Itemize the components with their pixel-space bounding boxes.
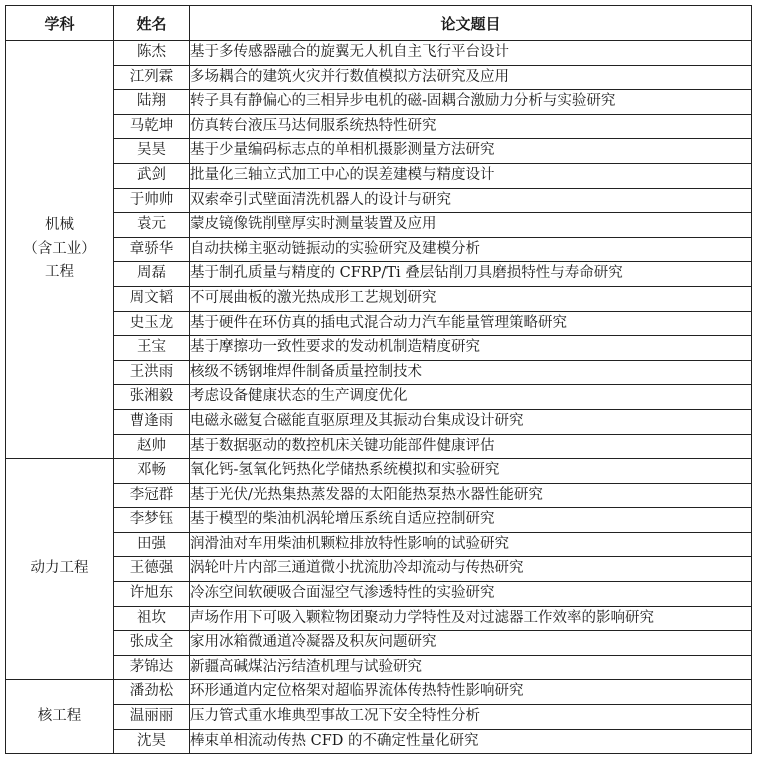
student-name: 陈杰: [114, 41, 190, 66]
student-name: 王德强: [114, 557, 190, 582]
student-name: 章骄华: [114, 237, 190, 262]
thesis-title: 棒束单相流动传热 CFD 的不确定性量化研究: [190, 729, 752, 754]
table-row: 沈昊棒束单相流动传热 CFD 的不确定性量化研究: [6, 729, 752, 754]
thesis-title: 转子具有静偏心的三相异步电机的磁-固耦合激励力分析与实验研究: [190, 90, 752, 115]
student-name: 陆翔: [114, 90, 190, 115]
thesis-title: 家用冰箱微通道冷凝器及积灰问题研究: [190, 631, 752, 656]
table-row: 于帅帅双索牵引式壁面清洗机器人的设计与研究: [6, 188, 752, 213]
student-name: 田强: [114, 532, 190, 557]
thesis-title: 基于多传感器融合的旋翼无人机自主飞行平台设计: [190, 41, 752, 66]
thesis-title: 仿真转台液压马达伺服系统热特性研究: [190, 114, 752, 139]
header-subject: 学科: [6, 6, 114, 41]
student-name: 祖坎: [114, 606, 190, 631]
student-name: 江列霖: [114, 65, 190, 90]
student-name: 邓畅: [114, 459, 190, 484]
subject-cell: 动力工程: [6, 459, 114, 680]
student-name: 张成全: [114, 631, 190, 656]
header-row: 学科 姓名 论文题目: [6, 6, 752, 41]
thesis-title: 电磁永磁复合磁能直驱原理及其振动台集成设计研究: [190, 409, 752, 434]
student-name: 王洪雨: [114, 360, 190, 385]
student-name: 史玉龙: [114, 311, 190, 336]
table-row: 王洪雨核级不锈钢堆焊件制备质量控制技术: [6, 360, 752, 385]
thesis-title: 润滑油对车用柴油机颗粒排放特性影响的试验研究: [190, 532, 752, 557]
student-name: 张湘毅: [114, 385, 190, 410]
thesis-title: 环形通道内定位格架对超临界流体传热特性影响研究: [190, 680, 752, 705]
table-row: 许旭东冷冻空间软硬吸合面湿空气渗透特性的实验研究: [6, 582, 752, 607]
student-name: 武剑: [114, 163, 190, 188]
thesis-table: 学科 姓名 论文题目 机械（含工业）工程陈杰基于多传感器融合的旋翼无人机自主飞行…: [5, 5, 752, 754]
table-row: 温丽丽压力管式重水堆典型事故工况下安全特性分析: [6, 705, 752, 730]
table-row: 机械（含工业）工程陈杰基于多传感器融合的旋翼无人机自主飞行平台设计: [6, 41, 752, 66]
student-name: 袁元: [114, 213, 190, 238]
thesis-title: 基于数据驱动的数控机床关键功能部件健康评估: [190, 434, 752, 459]
thesis-title: 双索牵引式壁面清洗机器人的设计与研究: [190, 188, 752, 213]
table-row: 茅锦达新疆高碱煤沾污结渣机理与试验研究: [6, 655, 752, 680]
student-name: 吴昊: [114, 139, 190, 164]
student-name: 于帅帅: [114, 188, 190, 213]
student-name: 李冠群: [114, 483, 190, 508]
table-row: 周文韬不可展曲板的激光热成形工艺规划研究: [6, 286, 752, 311]
subject-label: 工程: [6, 261, 113, 285]
thesis-title: 冷冻空间软硬吸合面湿空气渗透特性的实验研究: [190, 582, 752, 607]
subject-label: （含工业）: [6, 238, 113, 262]
thesis-title: 基于光伏/光热集热蒸发器的太阳能热泵热水器性能研究: [190, 483, 752, 508]
thesis-title: 基于模型的柴油机涡轮增压系统自适应控制研究: [190, 508, 752, 533]
table-row: 马乾坤仿真转台液压马达伺服系统热特性研究: [6, 114, 752, 139]
thesis-title: 核级不锈钢堆焊件制备质量控制技术: [190, 360, 752, 385]
table-row: 陆翔转子具有静偏心的三相异步电机的磁-固耦合激励力分析与实验研究: [6, 90, 752, 115]
table-row: 赵帅基于数据驱动的数控机床关键功能部件健康评估: [6, 434, 752, 459]
table-row: 王宝基于摩擦功一致性要求的发动机制造精度研究: [6, 336, 752, 361]
table-row: 袁元蒙皮镜像铣削壁厚实时测量装置及应用: [6, 213, 752, 238]
thesis-title: 批量化三轴立式加工中心的误差建模与精度设计: [190, 163, 752, 188]
student-name: 沈昊: [114, 729, 190, 754]
thesis-title: 蒙皮镜像铣削壁厚实时测量装置及应用: [190, 213, 752, 238]
table-row: 吴昊基于少量编码标志点的单相机摄影测量方法研究: [6, 139, 752, 164]
table-row: 史玉龙基于硬件在环仿真的插电式混合动力汽车能量管理策略研究: [6, 311, 752, 336]
student-name: 周磊: [114, 262, 190, 287]
header-name: 姓名: [114, 6, 190, 41]
table-row: 王德强涡轮叶片内部三通道微小扰流肋冷却流动与传热研究: [6, 557, 752, 582]
student-name: 周文韬: [114, 286, 190, 311]
student-name: 赵帅: [114, 434, 190, 459]
table-row: 武剑批量化三轴立式加工中心的误差建模与精度设计: [6, 163, 752, 188]
thesis-title: 压力管式重水堆典型事故工况下安全特性分析: [190, 705, 752, 730]
student-name: 温丽丽: [114, 705, 190, 730]
thesis-title: 氧化钙-氢氧化钙热化学储热系统模拟和实验研究: [190, 459, 752, 484]
thesis-title: 多场耦合的建筑火灾并行数值模拟方法研究及应用: [190, 65, 752, 90]
subject-label: 机械: [6, 214, 113, 238]
student-name: 马乾坤: [114, 114, 190, 139]
table-row: 张成全家用冰箱微通道冷凝器及积灰问题研究: [6, 631, 752, 656]
table-row: 田强润滑油对车用柴油机颗粒排放特性影响的试验研究: [6, 532, 752, 557]
thesis-title: 考虑设备健康状态的生产调度优化: [190, 385, 752, 410]
thesis-title: 不可展曲板的激光热成形工艺规划研究: [190, 286, 752, 311]
thesis-title: 基于摩擦功一致性要求的发动机制造精度研究: [190, 336, 752, 361]
table-row: 江列霖多场耦合的建筑火灾并行数值模拟方法研究及应用: [6, 65, 752, 90]
table-row: 张湘毅考虑设备健康状态的生产调度优化: [6, 385, 752, 410]
thesis-title: 自动扶梯主驱动链振动的实验研究及建模分析: [190, 237, 752, 262]
student-name: 潘劲松: [114, 680, 190, 705]
student-name: 许旭东: [114, 582, 190, 607]
subject-cell: 核工程: [6, 680, 114, 754]
student-name: 茅锦达: [114, 655, 190, 680]
thesis-title: 新疆高碱煤沾污结渣机理与试验研究: [190, 655, 752, 680]
thesis-title: 声场作用下可吸入颗粒物团聚动力学特性及对过滤器工作效率的影响研究: [190, 606, 752, 631]
thesis-title: 基于硬件在环仿真的插电式混合动力汽车能量管理策略研究: [190, 311, 752, 336]
table-row: 祖坎声场作用下可吸入颗粒物团聚动力学特性及对过滤器工作效率的影响研究: [6, 606, 752, 631]
thesis-title: 基于制孔质量与精度的 CFRP/Ti 叠层钻削刀具磨损特性与寿命研究: [190, 262, 752, 287]
table-body: 机械（含工业）工程陈杰基于多传感器融合的旋翼无人机自主飞行平台设计江列霖多场耦合…: [6, 41, 752, 754]
table-row: 动力工程邓畅氧化钙-氢氧化钙热化学储热系统模拟和实验研究: [6, 459, 752, 484]
subject-label: 核工程: [6, 705, 113, 729]
table-row: 周磊基于制孔质量与精度的 CFRP/Ti 叠层钻削刀具磨损特性与寿命研究: [6, 262, 752, 287]
header-thesis-title: 论文题目: [190, 6, 752, 41]
subject-cell: 机械（含工业）工程: [6, 41, 114, 459]
subject-label: 动力工程: [6, 557, 113, 581]
thesis-title: 涡轮叶片内部三通道微小扰流肋冷却流动与传热研究: [190, 557, 752, 582]
student-name: 王宝: [114, 336, 190, 361]
table-row: 章骄华自动扶梯主驱动链振动的实验研究及建模分析: [6, 237, 752, 262]
student-name: 曹逢雨: [114, 409, 190, 434]
table-row: 李冠群基于光伏/光热集热蒸发器的太阳能热泵热水器性能研究: [6, 483, 752, 508]
table-row: 核工程潘劲松环形通道内定位格架对超临界流体传热特性影响研究: [6, 680, 752, 705]
table-row: 李梦钰基于模型的柴油机涡轮增压系统自适应控制研究: [6, 508, 752, 533]
student-name: 李梦钰: [114, 508, 190, 533]
table-row: 曹逢雨电磁永磁复合磁能直驱原理及其振动台集成设计研究: [6, 409, 752, 434]
thesis-title: 基于少量编码标志点的单相机摄影测量方法研究: [190, 139, 752, 164]
